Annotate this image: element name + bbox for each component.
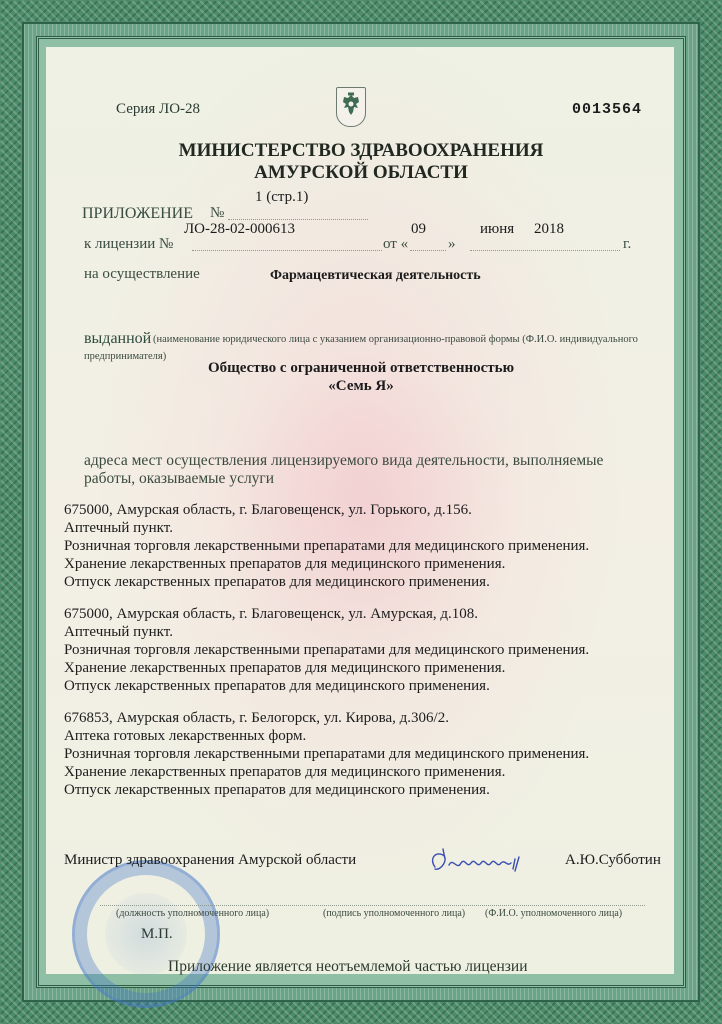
organization-name-line1: Общество с ограниченной ответственностью [0, 360, 722, 377]
address-2-service-2: Хранение лекарственных препаратов для ме… [64, 660, 505, 677]
year-suffix: г. [623, 236, 631, 253]
caption-name: (Ф.И.О. уполномоченного лица) [485, 908, 622, 919]
address-1-service-3: Отпуск лекарственных препаратов для меди… [64, 574, 490, 591]
address-1-service-2: Хранение лекарственных препаратов для ме… [64, 556, 505, 573]
address-3: 676853, Амурская область, г. Белогорск, … [64, 710, 449, 727]
address-3-service-3: Отпуск лекарственных препаратов для меди… [64, 782, 490, 799]
issued-note-line1: (наименование юридического лица с указан… [153, 334, 638, 345]
caption-signature: (подпись уполномоченного лица) [323, 908, 465, 919]
organization-name-line2: «Семь Я» [0, 378, 722, 395]
series-label: Серия ЛО-28 [116, 101, 200, 118]
seal-label: М.П. [141, 926, 173, 943]
appendix-number-line [228, 219, 368, 220]
license-day: 09 [411, 221, 426, 238]
license-label: к лицензии № [84, 236, 173, 253]
signatory-position: Министр здравоохранения Амурской области [64, 852, 356, 869]
handwritten-signature-icon [427, 845, 537, 881]
activity-label: на осуществление [84, 266, 200, 283]
signature-line [100, 905, 645, 906]
address-2-type: Аптечный пункт. [64, 624, 173, 641]
date-from-label: от « [383, 236, 408, 253]
addresses-header-line2: работы, оказываемые услуги [84, 470, 274, 488]
license-number: ЛО-28-02-000613 [184, 221, 295, 238]
page-reference: 1 (стр.1) [255, 189, 308, 206]
coat-of-arms-icon [336, 87, 366, 127]
address-3-service-1: Розничная торговля лекарственными препар… [64, 746, 589, 763]
issued-label: выданной [84, 330, 151, 348]
form-number: 0013564 [572, 101, 642, 118]
ministry-title-line1: МИНИСТЕРСТВО ЗДРАВООХРАНЕНИЯ [0, 140, 722, 162]
address-2-service-3: Отпуск лекарственных препаратов для меди… [64, 678, 490, 695]
address-2-service-1: Розничная торговля лекарственными препар… [64, 642, 589, 659]
address-3-type: Аптека готовых лекарственных форм. [64, 728, 306, 745]
ministry-title-line2: АМУРСКОЙ ОБЛАСТИ [0, 162, 722, 184]
addresses-header-line1: адреса мест осуществления лицензируемого… [84, 452, 603, 470]
signatory-name: А.Ю.Субботин [565, 852, 661, 869]
activity-value: Фармацевтическая деятельность [270, 268, 481, 284]
date-quote-close: » [448, 236, 456, 253]
address-1-type: Аптечный пункт. [64, 520, 173, 537]
license-number-line [192, 250, 382, 251]
address-2: 675000, Амурская область, г. Благовещенс… [64, 606, 478, 623]
address-3-service-2: Хранение лекарственных препаратов для ме… [64, 764, 505, 781]
caption-position: (должность уполномоченного лица) [116, 908, 269, 919]
appendix-number-sign: № [210, 205, 224, 222]
appendix-label: ПРИЛОЖЕНИЕ [82, 205, 193, 223]
license-month: июня [480, 221, 514, 238]
month-year-line [470, 250, 620, 251]
footer-note: Приложение является неотъемлемой частью … [168, 958, 528, 976]
address-1-service-1: Розничная торговля лекарственными препар… [64, 538, 589, 555]
license-year: 2018 [534, 221, 564, 238]
day-line [410, 250, 446, 251]
address-1: 675000, Амурская область, г. Благовещенс… [64, 502, 472, 519]
